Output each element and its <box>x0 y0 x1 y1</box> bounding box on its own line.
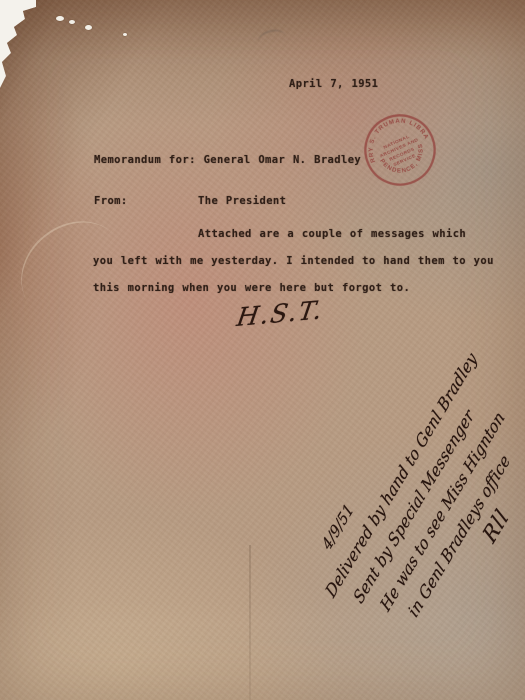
from-value: The President <box>198 195 286 207</box>
paper-hole <box>56 16 64 21</box>
fold-crease-vertical <box>249 545 251 700</box>
memo-recipient: General Omar N. Bradley <box>204 154 362 166</box>
paper-hole <box>123 33 127 36</box>
from-label: From: <box>94 194 198 208</box>
body-line: you left with me yesterday. I intended t… <box>93 254 494 268</box>
memo-for-label: Memorandum for: <box>94 154 196 166</box>
body-line: this morning when you were here but forg… <box>93 281 410 295</box>
paper-hole <box>85 25 92 30</box>
date-line: April 7, 1951 <box>289 77 378 91</box>
from-line: From:The President <box>94 194 286 208</box>
scan-backing: April 7, 1951 Memorandum for: General Om… <box>0 0 525 700</box>
memo-for-line: Memorandum for: General Omar N. Bradley <box>94 153 361 167</box>
paper-hole <box>69 20 75 24</box>
body-line: Attached are a couple of messages which <box>198 227 466 241</box>
